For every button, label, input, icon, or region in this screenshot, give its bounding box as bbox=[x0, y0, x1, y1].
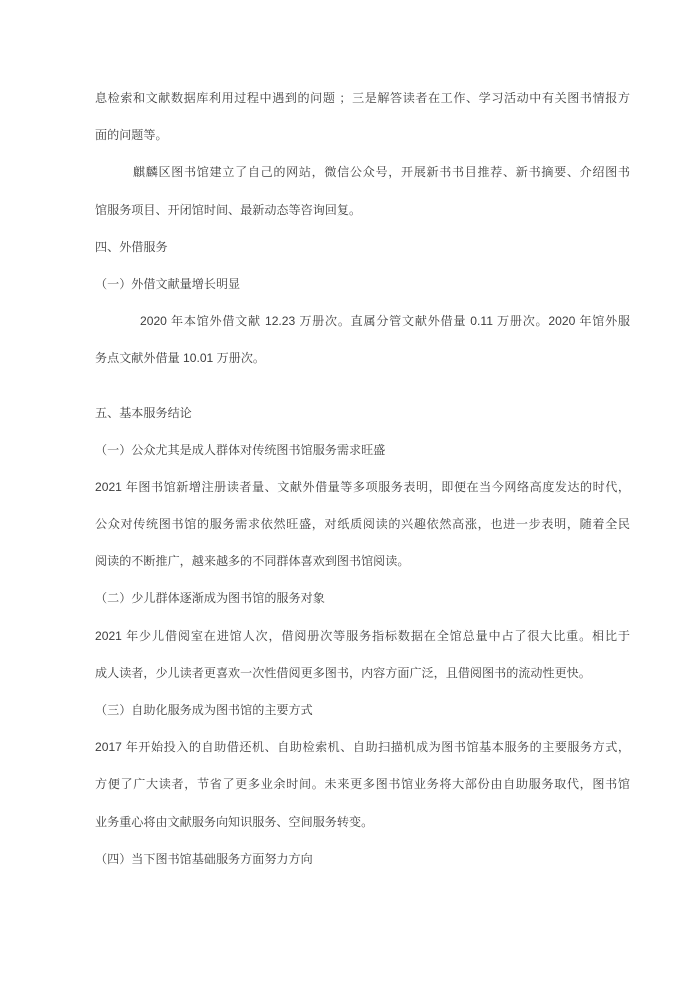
paragraph-line: 阅读的不断推广，越来越多的不同群体喜欢到图书馆阅读。 bbox=[95, 543, 630, 580]
paragraph-line: 务点文献外借量 10.01 万册次。 bbox=[95, 340, 630, 377]
paragraph-line: 息检索和文献数据库利用过程中遇到的问题 ；三是解答读者在工作、学习活动中有关图书… bbox=[95, 80, 630, 117]
paragraph-line: 方便了广大读者，节省了更多业余时间。未来更多图书馆业务将大部份由自助服务取代，图… bbox=[95, 766, 630, 803]
document-page[interactable]: 息检索和文献数据库利用过程中遇到的问题 ；三是解答读者在工作、学习活动中有关图书… bbox=[0, 0, 700, 990]
section-heading-conclusion: 五、基本服务结论 bbox=[95, 395, 630, 432]
section-heading-outbound: 四、外借服务 bbox=[95, 229, 630, 266]
paragraph-line: 公众对传统图书馆的服务需求依然旺盛，对纸质阅读的兴趣依然高涨，也进一步表明，随着… bbox=[95, 506, 630, 543]
subsection-heading: （一）外借文献量增长明显 bbox=[95, 266, 630, 303]
paragraph-line: 2017 年开始投入的自助借还机、自助检索机、自助扫描机成为图书馆基本服务的主要… bbox=[95, 729, 630, 766]
paragraph-line: 麒麟区图书馆建立了自己的网站，微信公众号，开展新书书目推荐、新书摘要、介绍图书 bbox=[95, 154, 630, 191]
paragraph-line: 业务重心将由文献服务向知识服务、空间服务转变。 bbox=[95, 804, 630, 841]
paragraph-line: 面的问题等。 bbox=[95, 117, 630, 154]
subsection-heading: （三）自助化服务成为图书馆的主要方式 bbox=[95, 692, 630, 729]
subsection-heading: （四）当下图书馆基础服务方面努力方向 bbox=[95, 841, 630, 878]
paragraph-line: 2021 年少儿借阅室在进馆人次，借阅册次等服务指标数据在全馆总量中占了很大比重… bbox=[95, 618, 630, 655]
subsection-heading: （一）公众尤其是成人群体对传统图书馆服务需求旺盛 bbox=[95, 432, 630, 469]
subsection-heading: （二）少儿群体逐渐成为图书馆的服务对象 bbox=[95, 580, 630, 617]
paragraph-line: 2021 年图书馆新增注册读者量、文献外借量等多项服务表明，即便在当今网络高度发… bbox=[95, 469, 630, 506]
paragraph-line: 成人读者，少儿读者更喜欢一次性借阅更多图书，内容方面广泛，且借阅图书的流动性更快… bbox=[95, 655, 630, 692]
section-gap bbox=[95, 378, 630, 395]
paragraph-line: 馆服务项目、开闭馆时间、最新动态等咨询回复。 bbox=[95, 192, 630, 229]
paragraph-line: 2020 年本馆外借文献 12.23 万册次。直属分管文献外借量 0.11 万册… bbox=[95, 303, 630, 340]
